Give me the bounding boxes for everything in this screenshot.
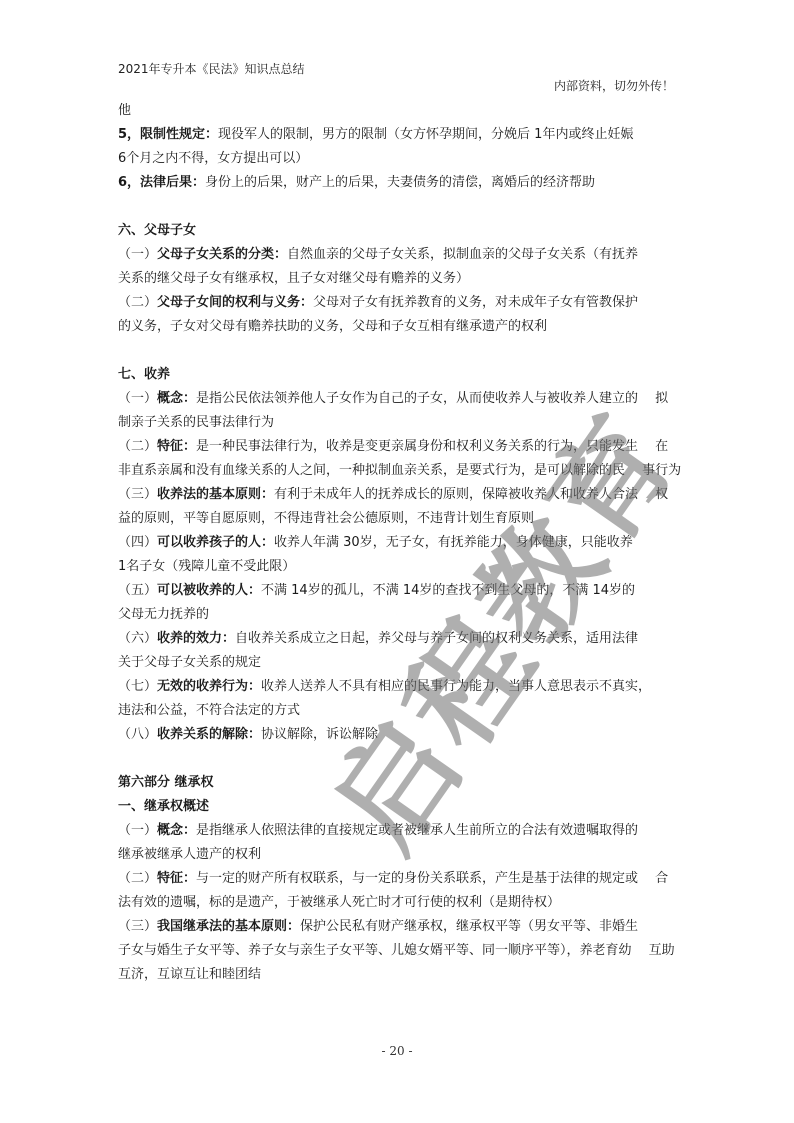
bold-term: 收养关系的解除： [157, 727, 261, 742]
section-heading: 六、父母子女 [118, 219, 688, 243]
line-text: 保护公民私有财产继承权，继承权平等（男女平等、非婚生 [300, 919, 638, 934]
line-text: 现役军人的限制，男方的限制（女方怀孕期间，分娩后 1年内或终止妊娠 [218, 127, 633, 142]
line-text: 违法和公益，不符合法定的方式 [118, 703, 300, 718]
line-text: 1名子女（残障儿童不受此限） [118, 559, 295, 574]
text-line: 1名子女（残障儿童不受此限） [118, 555, 688, 579]
bold-term: 无效的收养行为： [157, 679, 261, 694]
line-text: 子女与婚生子女平等、养子女与亲生子女平等、儿媳女婿平等、同一顺序平等），养老育幼… [118, 943, 675, 958]
text-line: 关于父母子女关系的规定 [118, 651, 688, 675]
bold-term: 第六部分 继承权 [118, 775, 214, 790]
text-line: 子女与婚生子女平等、养子女与亲生子女平等、儿媳女婿平等、同一顺序平等），养老育幼… [118, 939, 688, 963]
bold-term: 父母子女间的权利与义务： [157, 295, 313, 310]
bold-term: 一、继承权概述 [118, 799, 209, 814]
bold-term: 七、收养 [118, 367, 170, 382]
text-line: 关系的继父母子女有继承权，且子女对继父母有赡养的义务） [118, 267, 688, 291]
section-heading: 第六部分 继承权 [118, 771, 688, 795]
line-text: 制亲子关系的民事法律行为 [118, 415, 274, 430]
bold-term: 收养法的基本原则： [157, 487, 274, 502]
line-text: 益的原则，平等自愿原则，不得违背社会公德原则，不违背计划生育原则 [118, 511, 534, 526]
line-text: 是一种民事法律行为，收养是变更亲属身份和权利义务关系的行为，只能发生 在 [196, 439, 668, 454]
page-number: - 20 - [0, 1044, 794, 1058]
bold-term: 5，限制性规定： [118, 127, 218, 142]
text-line: 他 [118, 99, 688, 123]
line-text: 非直系亲属和没有血缘关系的人之间，一种拟制血亲关系，是要式行为，是可以解除的民 … [118, 463, 681, 478]
text-line: （二）父母子女间的权利与义务：父母对子女有抚养教育的义务，对未成年子女有管教保护 [118, 291, 688, 315]
text-line: 6个月之内不得，女方提出可以） [118, 147, 688, 171]
item-prefix: （三） [118, 487, 157, 502]
section-heading: 一、继承权概述 [118, 795, 688, 819]
text-line: （八）收养关系的解除：协议解除，诉讼解除 [118, 723, 688, 747]
bold-term: 特征： [157, 871, 196, 886]
text-line [118, 195, 688, 219]
text-line: 5，限制性规定：现役军人的限制，男方的限制（女方怀孕期间，分娩后 1年内或终止妊… [118, 123, 688, 147]
line-text: 法有效的遗嘱，标的是遗产，于被继承人死亡时才可行使的权利（是期待权） [118, 895, 560, 910]
line-text: 父母对子女有抚养教育的义务，对未成年子女有管教保护 [313, 295, 638, 310]
bold-term: 可以收养孩子的人： [157, 535, 274, 550]
line-text: 的义务，子女对父母有赡养扶助的义务，父母和子女互相有继承遗产的权利 [118, 319, 547, 334]
text-line: （六）收养的效力：自收养关系成立之日起，养父母与养子女间的权利义务关系，适用法律 [118, 627, 688, 651]
document-header-title: 2021年专升本《民法》知识点总结 [118, 60, 305, 77]
bold-term: 概念： [157, 391, 196, 406]
text-line: 继承被继承人遗产的权利 [118, 843, 688, 867]
text-line: （一）概念：是指公民依法领养他人子女作为自己的子女，从而使收养人与被收养人建立的… [118, 387, 688, 411]
text-line: 益的原则，平等自愿原则，不得违背社会公德原则，不违背计划生育原则 [118, 507, 688, 531]
text-line: （一）概念：是指继承人依照法律的直接规定或者被继承人生前所立的合法有效遗嘱取得的 [118, 819, 688, 843]
text-line: 非直系亲属和没有血缘关系的人之间，一种拟制血亲关系，是要式行为，是可以解除的民 … [118, 459, 688, 483]
line-text: 是指继承人依照法律的直接规定或者被继承人生前所立的合法有效遗嘱取得的 [196, 823, 638, 838]
line-text: 是指公民依法领养他人子女作为自己的子女，从而使收养人与被收养人建立的 拟 [196, 391, 668, 406]
text-line: （七）无效的收养行为：收养人送养人不具有相应的民事行为能力，当事人意思表示不真实… [118, 675, 688, 699]
item-prefix: （三） [118, 919, 157, 934]
item-prefix: （一） [118, 247, 157, 262]
line-text: 身份上的后果，财产上的后果，夫妻债务的清偿，离婚后的经济帮助 [205, 175, 595, 190]
document-body: 他5，限制性规定：现役军人的限制，男方的限制（女方怀孕期间，分娩后 1年内或终止… [118, 99, 688, 987]
line-text: 关系的继父母子女有继承权，且子女对继父母有赡养的义务） [118, 271, 469, 286]
text-line: （五）可以被收养的人：不满 14岁的孤儿，不满 14岁的查找不到生父母的，不满 … [118, 579, 688, 603]
line-text: 与一定的财产所有权联系，与一定的身份关系联系，产生是基于法律的规定或 合 [196, 871, 668, 886]
text-line: （三）收养法的基本原则：有利于未成年人的抚养成长的原则，保障被收养人和收养人合法… [118, 483, 688, 507]
text-line: 6，法律后果：身份上的后果，财产上的后果，夫妻债务的清偿，离婚后的经济帮助 [118, 171, 688, 195]
line-text: 关于父母子女关系的规定 [118, 655, 261, 670]
text-line: （二）特征：与一定的财产所有权联系，与一定的身份关系联系，产生是基于法律的规定或… [118, 867, 688, 891]
item-prefix: （四） [118, 535, 157, 550]
text-line: 父母无力抚养的 [118, 603, 688, 627]
confidential-notice: 内部资料，切勿外传！ [554, 77, 674, 94]
line-text: 他 [118, 103, 131, 118]
section-heading: 七、收养 [118, 363, 688, 387]
text-line: 法有效的遗嘱，标的是遗产，于被继承人死亡时才可行使的权利（是期待权） [118, 891, 688, 915]
bold-term: 概念： [157, 823, 196, 838]
text-line: 制亲子关系的民事法律行为 [118, 411, 688, 435]
line-text: 继承被继承人遗产的权利 [118, 847, 261, 862]
text-line [118, 339, 688, 363]
line-text: 自收养关系成立之日起，养父母与养子女间的权利义务关系，适用法律 [235, 631, 638, 646]
text-line: 的义务，子女对父母有赡养扶助的义务，父母和子女互相有继承遗产的权利 [118, 315, 688, 339]
bold-term: 收养的效力： [157, 631, 235, 646]
text-line: （四）可以收养孩子的人：收养人年满 30岁，无子女，有抚养能力，身体健康，只能收… [118, 531, 688, 555]
item-prefix: （六） [118, 631, 157, 646]
line-text: 收养人年满 30岁，无子女，有抚养能力，身体健康，只能收养 [274, 535, 633, 550]
bold-term: 我国继承法的基本原则： [157, 919, 300, 934]
item-prefix: （一） [118, 391, 157, 406]
line-text: 父母无力抚养的 [118, 607, 209, 622]
item-prefix: （一） [118, 823, 157, 838]
bold-term: 6，法律后果： [118, 175, 205, 190]
text-line: （三）我国继承法的基本原则：保护公民私有财产继承权，继承权平等（男女平等、非婚生 [118, 915, 688, 939]
text-line: 违法和公益，不符合法定的方式 [118, 699, 688, 723]
item-prefix: （七） [118, 679, 157, 694]
item-prefix: （八） [118, 727, 157, 742]
bold-term: 特征： [157, 439, 196, 454]
bold-term: 六、父母子女 [118, 223, 196, 238]
line-text: 6个月之内不得，女方提出可以） [118, 151, 308, 166]
text-line: （二）特征：是一种民事法律行为，收养是变更亲属身份和权利义务关系的行为，只能发生… [118, 435, 688, 459]
text-line [118, 747, 688, 771]
line-text: 有利于未成年人的抚养成长的原则，保障被收养人和收养人合法 权 [274, 487, 668, 502]
line-text: 协议解除，诉讼解除 [261, 727, 378, 742]
item-prefix: （二） [118, 295, 157, 310]
item-prefix: （二） [118, 871, 157, 886]
item-prefix: （二） [118, 439, 157, 454]
line-text: 自然血亲的父母子女关系，拟制血亲的父母子女关系（有抚养 [287, 247, 638, 262]
item-prefix: （五） [118, 583, 157, 598]
bold-term: 可以被收养的人： [157, 583, 261, 598]
line-text: 不满 14岁的孤儿，不满 14岁的查找不到生父母的，不满 14岁的 [261, 583, 635, 598]
bold-term: 父母子女关系的分类： [157, 247, 287, 262]
line-text: 收养人送养人不具有相应的民事行为能力，当事人意思表示不真实， [261, 679, 651, 694]
text-line: 互济，互谅互让和睦团结 [118, 963, 688, 987]
line-text: 互济，互谅互让和睦团结 [118, 967, 261, 982]
text-line: （一）父母子女关系的分类：自然血亲的父母子女关系，拟制血亲的父母子女关系（有抚养 [118, 243, 688, 267]
